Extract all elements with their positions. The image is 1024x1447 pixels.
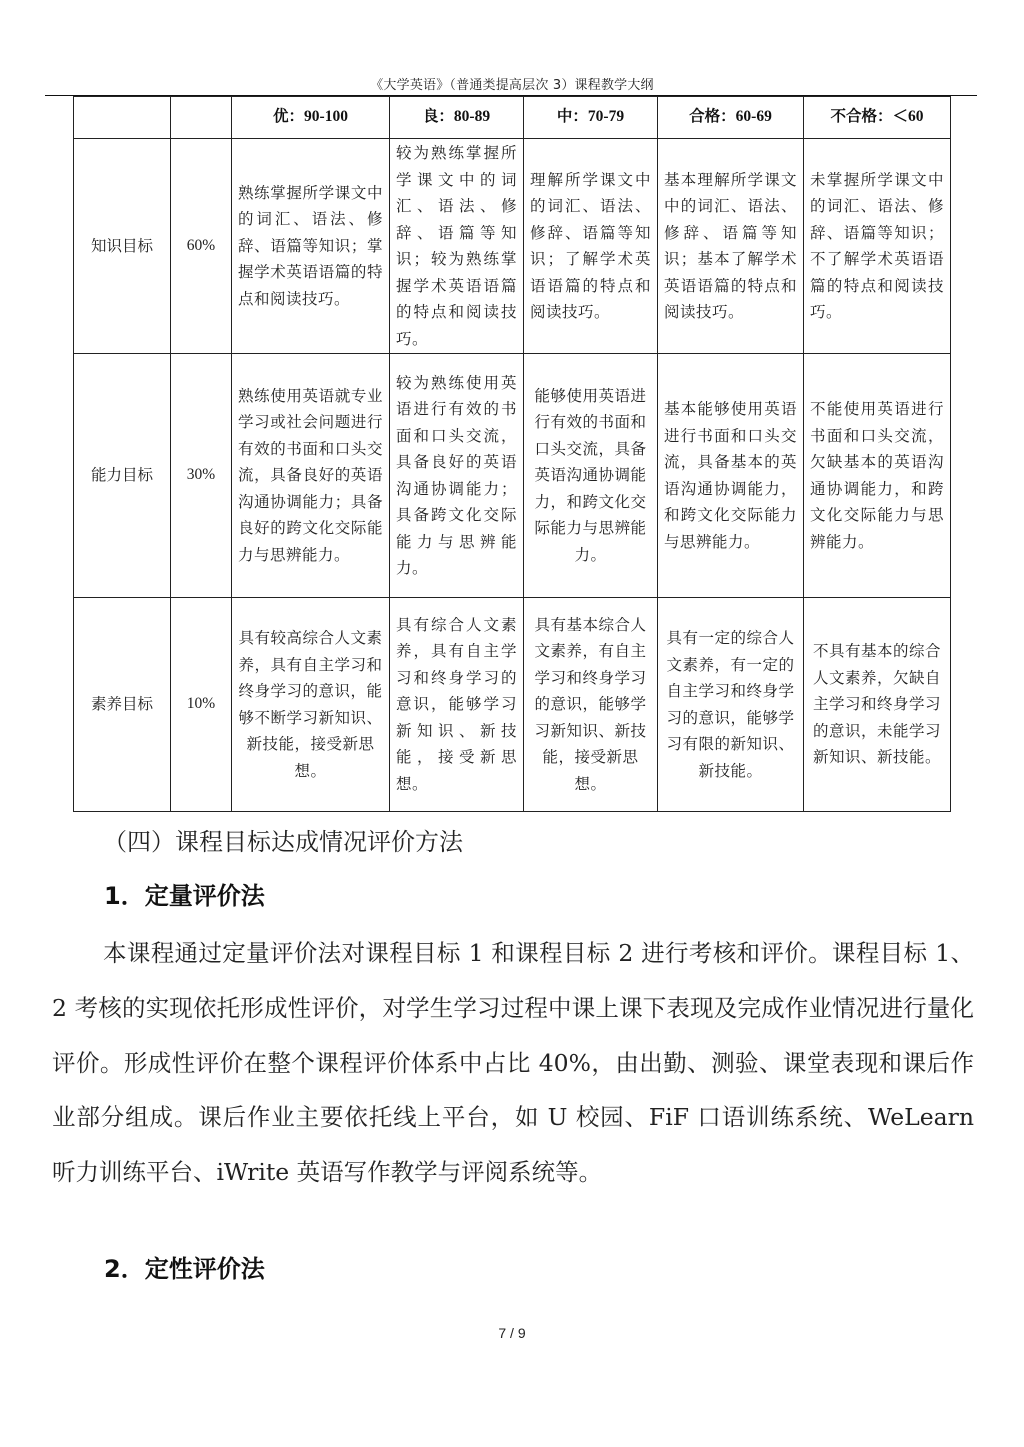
column-header-blank-2 [171,97,232,139]
column-header-average: 中：70-79 [524,97,658,139]
cell-excellent: 熟练使用英语就专业学习或社会问题进行有效的书面和口头交流，具备良好的英语沟通协调… [232,354,390,598]
row-weight: 60% [171,139,232,354]
cell-pass: 基本理解所学课文中的词汇、语法、修辞、语篇等知识；基本了解学术英语语篇的特点和阅… [658,139,804,354]
row-label: 素养目标 [74,598,171,812]
row-label: 能力目标 [74,354,171,598]
column-header-fail: 不合格：＜60 [804,97,951,139]
column-header-blank-1 [74,97,171,139]
cell-average: 能够使用英语进行有效的书面和口头交流，具备英语沟通协调能力，和跨文化交际能力与思… [524,354,658,598]
cell-fail: 未掌握所学课文中的词汇、语法、修辞、语篇等知识；不了解学术英语语篇的特点和阅读技… [804,139,951,354]
page-number: 7 / 9 [0,1325,1024,1341]
cell-good: 较为熟练掌握所学课文中的词汇、语法、修辞、语篇等知识；较为熟练掌握学术英语语篇的… [390,139,524,354]
table-header-row: 优：90-100 良：80-89 中：70-79 合格：60-69 不合格：＜6… [74,97,951,139]
table-row-literacy: 素养目标 10% 具有较高综合人文素养，具有自主学习和终身学习的意识，能够不断学… [74,598,951,812]
cell-excellent: 熟练掌握所学课文中的词汇、语法、修辞、语篇等知识；掌握学术英语语篇的特点和阅读技… [232,139,390,354]
section-title: （四）课程目标达成情况评价方法 [103,822,463,857]
column-header-good: 良：80-89 [390,97,524,139]
page-header-title: 《大学英语》（普通类提高层次 3）课程教学大纲 [0,74,1024,93]
cell-pass: 基本能够使用英语进行书面和口头交流，具备基本的英语沟通协调能力，和跨文化交际能力… [658,354,804,598]
paragraph-quantitative: 本课程通过定量评价法对课程目标 1 和课程目标 2 进行考核和评价。课程目标 1… [52,926,974,1200]
cell-pass: 具有一定的综合人文素养，有一定的自主学习和终身学习的意识，能够学习有限的新知识、… [658,598,804,812]
subsection-heading-qualitative: 2．定性评价法 [104,1249,265,1284]
table-row-knowledge: 知识目标 60% 熟练掌握所学课文中的词汇、语法、修辞、语篇等知识；掌握学术英语… [74,139,951,354]
subsection-heading-quantitative: 1．定量评价法 [104,876,265,911]
cell-good: 较为熟练使用英语进行有效的书面和口头交流，具备良好的英语沟通协调能力；具备跨文化… [390,354,524,598]
column-header-pass: 合格：60-69 [658,97,804,139]
table-row-ability: 能力目标 30% 熟练使用英语就专业学习或社会问题进行有效的书面和口头交流，具备… [74,354,951,598]
grading-rubric-table: 优：90-100 良：80-89 中：70-79 合格：60-69 不合格：＜6… [73,96,951,812]
row-weight: 10% [171,598,232,812]
row-weight: 30% [171,354,232,598]
column-header-excellent: 优：90-100 [232,97,390,139]
cell-average: 理解所学课文中的词汇、语法、修辞、语篇等知识；了解学术英语语篇的特点和阅读技巧。 [524,139,658,354]
cell-average: 具有基本综合人文素养，有自主学习和终身学习的意识，能够学习新知识、新技能，接受新… [524,598,658,812]
cell-good: 具有综合人文素养，具有自主学习和终身学习的意识，能够学习新知识、新技能，接受新思… [390,598,524,812]
cell-excellent: 具有较高综合人文素养，具有自主学习和终身学习的意识，能够不断学习新知识、新技能，… [232,598,390,812]
cell-fail: 不能使用英语进行书面和口头交流，欠缺基本的英语沟通协调能力，和跨文化交际能力与思… [804,354,951,598]
row-label: 知识目标 [74,139,171,354]
cell-fail: 不具有基本的综合人文素养，欠缺自主学习和终身学习的意识，未能学习新知识、新技能。 [804,598,951,812]
